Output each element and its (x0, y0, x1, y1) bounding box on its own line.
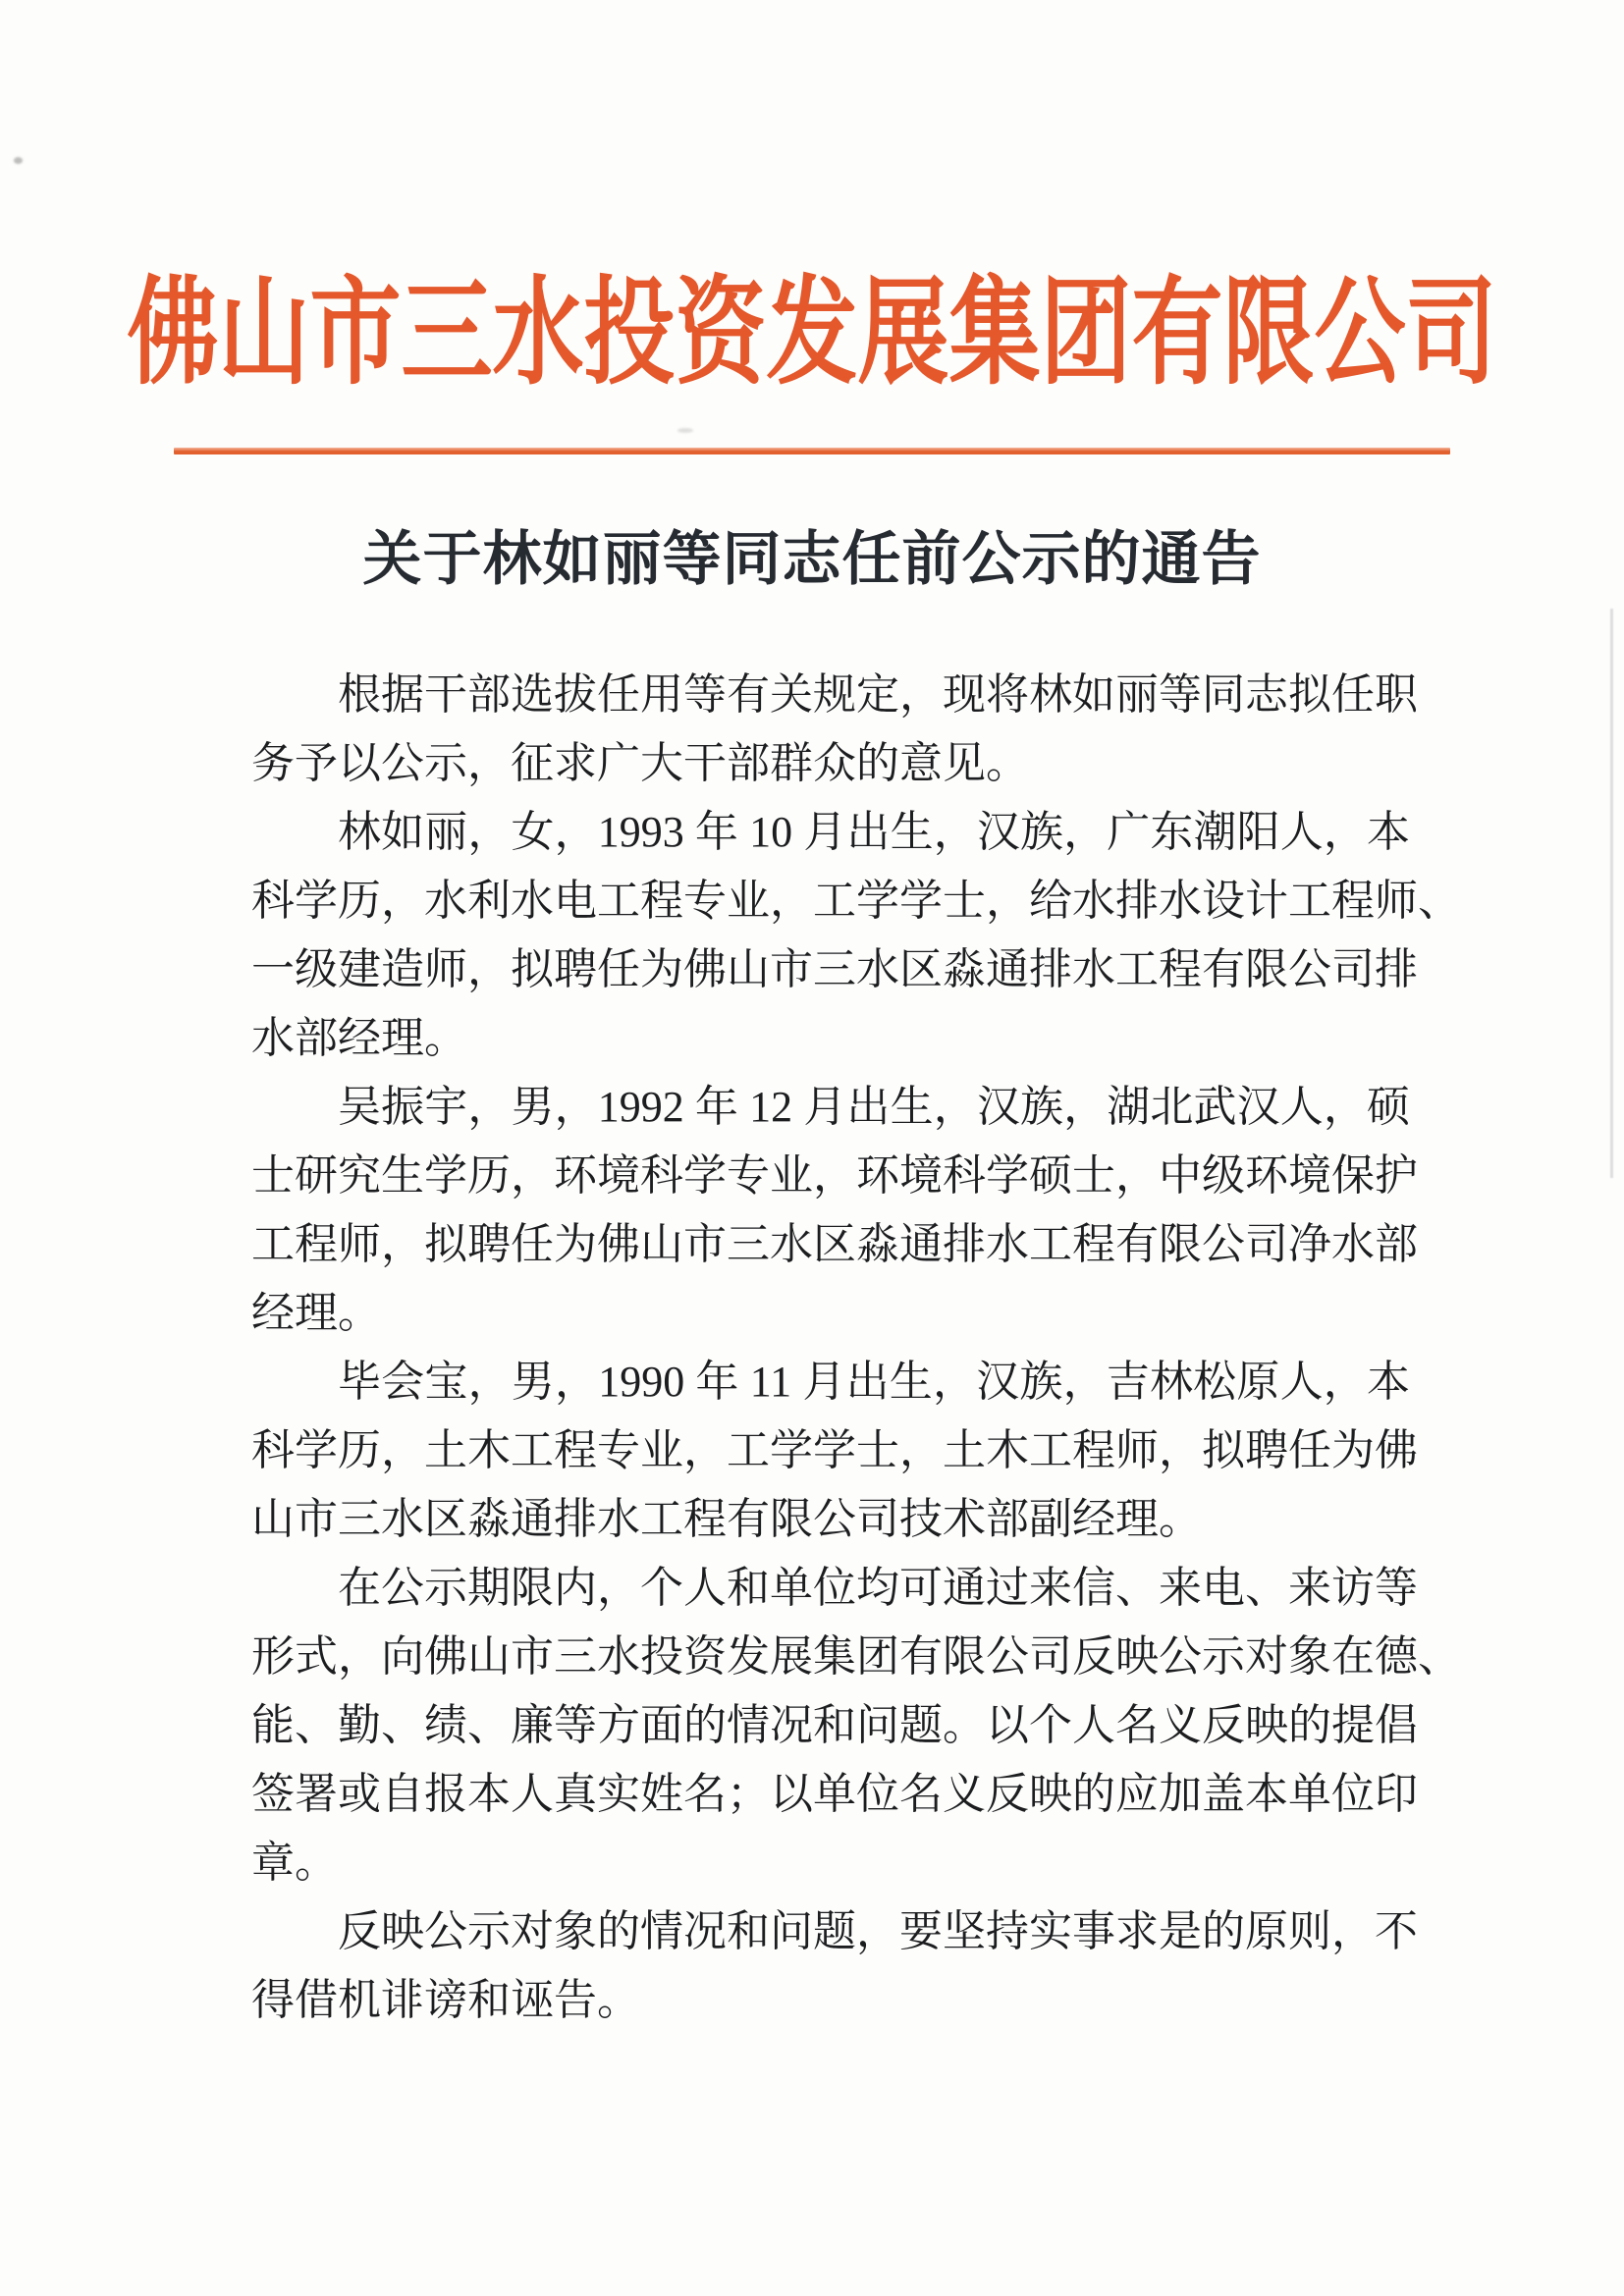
scan-artifact-dot (14, 157, 23, 164)
body-line: 吴振宇，男，1992 年 12 月出生，汉族，湖北武汉人，硕 (251, 1073, 1410, 1142)
scan-artifact-smudge (677, 428, 693, 433)
paragraph: 反映公示对象的情况和问题，要坚持实事求是的原则，不得借机诽谤和诬告。 (251, 1897, 1410, 2035)
body-line: 山市三水区淼通排水工程有限公司技术部副经理。 (251, 1485, 1410, 1554)
body-line: 科学历，土木工程专业，工学学士，土木工程师，拟聘任为佛 (251, 1416, 1410, 1485)
body-line: 能、勤、绩、廉等方面的情况和问题。以个人名义反映的提倡 (251, 1691, 1410, 1760)
paragraph: 在公示期限内，个人和单位均可通过来信、来电、来访等形式，向佛山市三水投资发展集团… (251, 1554, 1410, 1897)
paragraph: 林如丽，女，1993 年 10 月出生，汉族，广东潮阳人，本科学历，水利水电工程… (251, 798, 1410, 1073)
body-line: 形式，向佛山市三水投资发展集团有限公司反映公示对象在德、 (251, 1623, 1410, 1691)
body-line: 务予以公示，征求广大干部群众的意见。 (251, 729, 1410, 798)
body-line: 签署或自报本人真实姓名；以单位名义反映的应加盖本单位印 (251, 1760, 1410, 1829)
body-line: 章。 (251, 1829, 1410, 1897)
body-line: 毕会宝，男，1990 年 11 月出生，汉族，吉林松原人，本 (251, 1348, 1410, 1416)
document-title: 关于林如丽等同志任前公示的通告 (0, 527, 1624, 592)
body-line: 根据干部选拔任用等有关规定，现将林如丽等同志拟任职 (251, 661, 1410, 729)
scan-artifact-edge-line (1610, 609, 1613, 1178)
body-line: 一级建造师，拟聘任为佛山市三水区淼通排水工程有限公司排 (251, 935, 1410, 1004)
document-page: 佛山市三水投资发展集团有限公司 关于林如丽等同志任前公示的通告 根据干部选拔任用… (0, 0, 1624, 2296)
document-body: 根据干部选拔任用等有关规定，现将林如丽等同志拟任职务予以公示，征求广大干部群众的… (251, 661, 1410, 2035)
body-line: 工程师，拟聘任为佛山市三水区淼通排水工程有限公司净水部 (251, 1210, 1410, 1279)
paragraph: 根据干部选拔任用等有关规定，现将林如丽等同志拟任职务予以公示，征求广大干部群众的… (251, 661, 1410, 798)
body-line: 反映公示对象的情况和问题，要坚持实事求是的原则，不 (251, 1897, 1410, 1966)
body-line: 在公示期限内，个人和单位均可通过来信、来电、来访等 (251, 1554, 1410, 1623)
paragraph: 吴振宇，男，1992 年 12 月出生，汉族，湖北武汉人，硕士研究生学历，环境科… (251, 1073, 1410, 1348)
body-line: 经理。 (251, 1279, 1410, 1348)
body-line: 科学历，水利水电工程专业，工学学士，给水排水设计工程师、 (251, 867, 1410, 935)
letterhead-divider-rule (174, 448, 1450, 454)
paragraph: 毕会宝，男，1990 年 11 月出生，汉族，吉林松原人，本科学历，土木工程专业… (251, 1348, 1410, 1554)
body-line: 林如丽，女，1993 年 10 月出生，汉族，广东潮阳人，本 (251, 798, 1410, 867)
letterhead-company-name: 佛山市三水投资发展集团有限公司 (0, 253, 1624, 416)
body-line: 水部经理。 (251, 1004, 1410, 1073)
body-line: 得借机诽谤和诬告。 (251, 1966, 1410, 2035)
body-line: 士研究生学历，环境科学专业，环境科学硕士，中级环境保护 (251, 1142, 1410, 1210)
